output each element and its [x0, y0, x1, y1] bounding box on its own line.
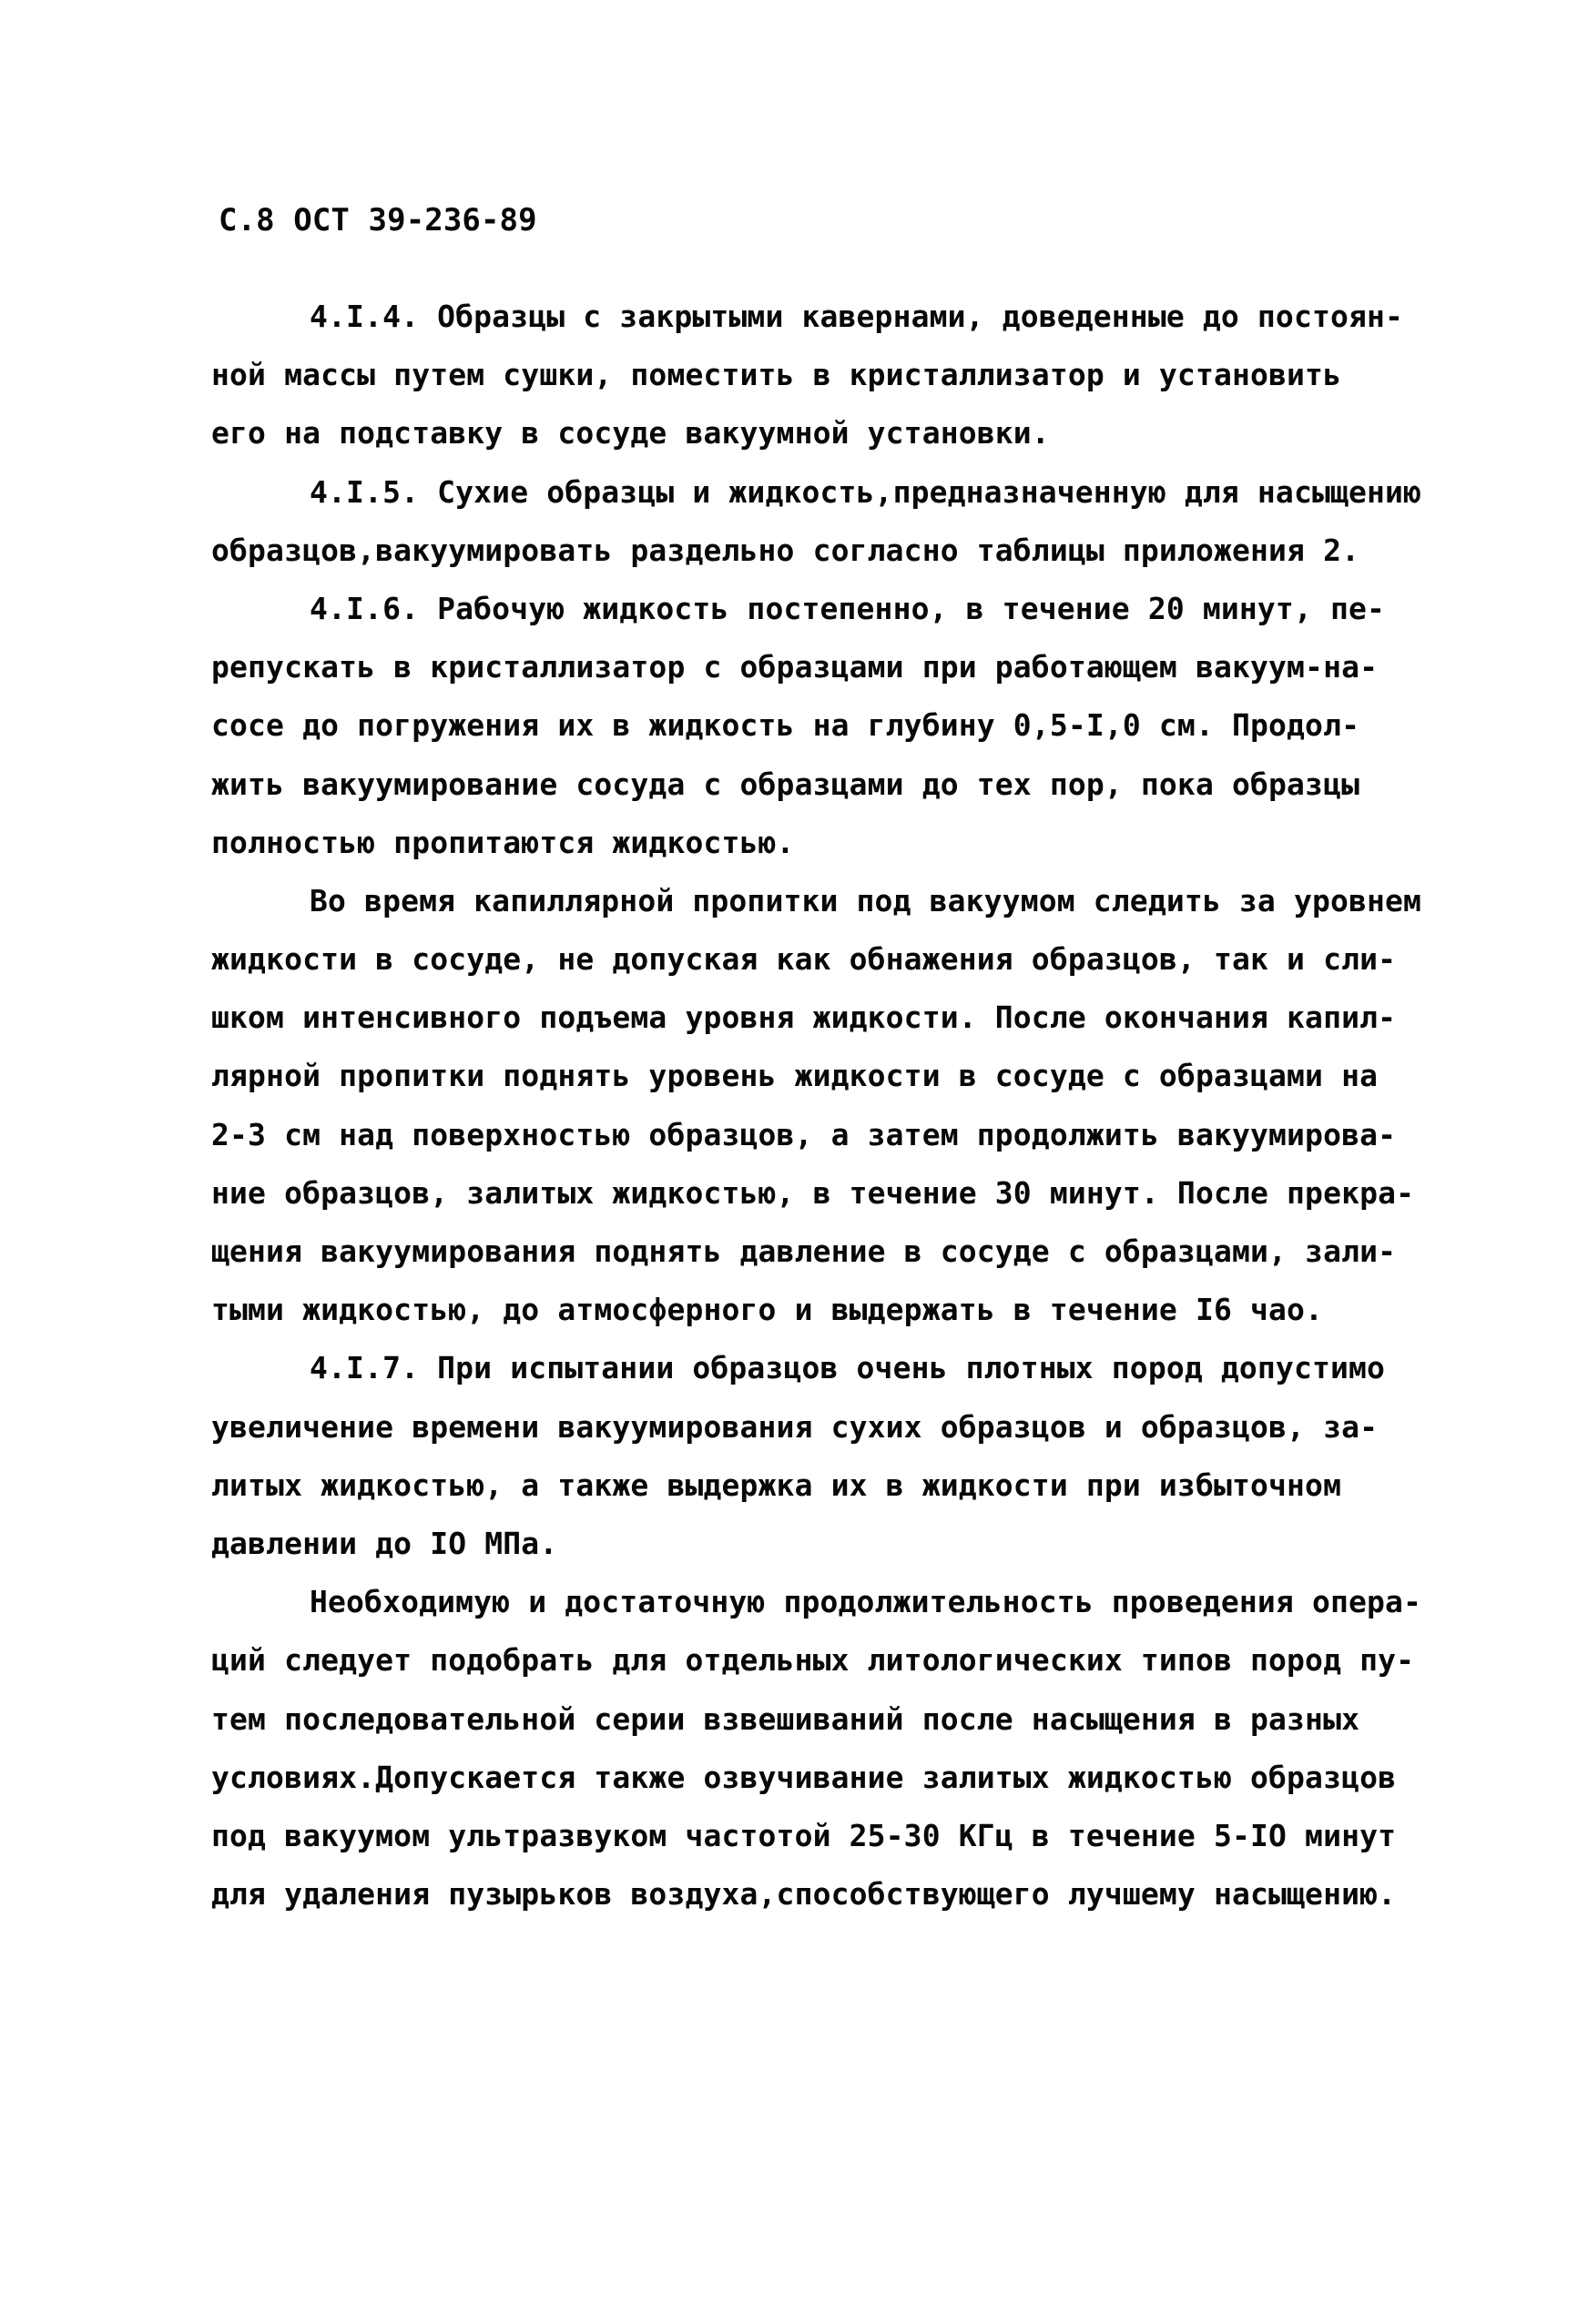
text-line: Необходимую и достаточную продолжительно… — [211, 1573, 1504, 1631]
text-line: лярной пропитки поднять уровень жидкости… — [211, 1047, 1504, 1105]
text-line: для удаления пузырьков воздуха,способств… — [211, 1865, 1504, 1923]
text-line: полностью пропитаются жидкостью. — [211, 814, 1504, 872]
text-line: под вакуумом ультразвуком частотой 25-30… — [211, 1807, 1504, 1865]
text-line: шком интенсивного подъема уровня жидкост… — [211, 989, 1504, 1047]
text-line: сосе до погружения их в жидкость на глуб… — [211, 696, 1504, 755]
text-line: ной массы путем сушки, поместить в крист… — [211, 346, 1504, 404]
scanned-document-page: С.8 ОСТ 39-236-89 4.I.4. Образцы с закры… — [0, 0, 1588, 2324]
text-line: ние образцов, залитых жидкостью, в течен… — [211, 1164, 1504, 1223]
page-header: С.8 ОСТ 39-236-89 — [219, 202, 537, 238]
text-line: 2-3 см над поверхностью образцов, а зате… — [211, 1106, 1504, 1164]
text-line: 4.I.5. Сухие образцы и жидкость,предназн… — [211, 463, 1504, 522]
text-line: увеличение времени вакуумирования сухих … — [211, 1398, 1504, 1456]
text-line: репускать в кристаллизатор с образцами п… — [211, 638, 1504, 696]
text-line: 4.I.7. При испытании образцов очень плот… — [211, 1339, 1504, 1397]
text-line: условиях.Допускается также озвучивание з… — [211, 1749, 1504, 1807]
text-line: тем последовательной серии взвешиваний п… — [211, 1690, 1504, 1749]
text-line: ций следует подобрать для отдельных лито… — [211, 1631, 1504, 1690]
text-line: щения вакуумирования поднять давление в … — [211, 1223, 1504, 1281]
text-line: 4.I.4. Образцы с закрытыми кавернами, до… — [211, 288, 1504, 346]
text-line: жить вакуумирование сосуда с образцами д… — [211, 756, 1504, 814]
text-line: давлении до IO МПа. — [211, 1515, 1504, 1573]
text-line: жидкости в сосуде, не допуская как обнаж… — [211, 930, 1504, 989]
text-line: литых жидкостью, а также выдержка их в ж… — [211, 1456, 1504, 1515]
text-line: образцов,вакуумировать раздельно согласн… — [211, 522, 1504, 580]
text-line: тыми жидкостью, до атмосферного и выдерж… — [211, 1281, 1504, 1339]
text-line: Во время капиллярной пропитки под вакуум… — [211, 872, 1504, 930]
text-line: его на подставку в сосуде вакуумной уста… — [211, 404, 1504, 462]
document-body: 4.I.4. Образцы с закрытыми кавернами, до… — [211, 288, 1504, 1923]
text-line: 4.I.6. Рабочую жидкость постепенно, в те… — [211, 580, 1504, 638]
